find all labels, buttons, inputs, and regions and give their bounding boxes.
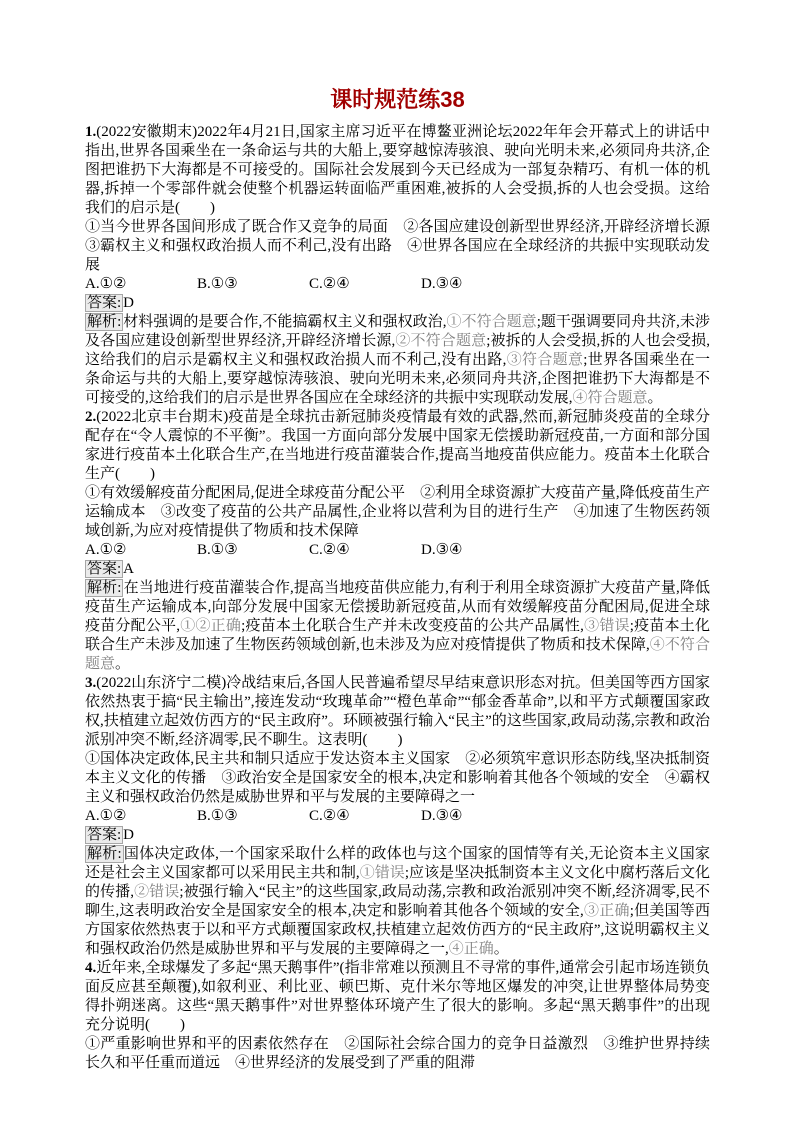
answer-options-row: A.①②B.①③C.②④D.③④ [85, 541, 710, 560]
question-stem: 2.(2022北京丰台期末)疫苗是全球抗击新冠肺炎疫情最有效的武器,然而,新冠肺… [85, 408, 710, 484]
choice-2: ②国际社会综合国力的竞争日益激烈 [344, 1036, 588, 1052]
answer-label: 答案: [85, 560, 123, 578]
question-block: 3.(2022山东济宁二模)冷战结束后,各国人民普遍希望尽早结束意识形态对抗。但… [85, 674, 710, 959]
analysis-text: 。 [494, 941, 509, 957]
choice-1: ①国体决定政体,民主共和制只适应于发达资本主义国家 [85, 751, 450, 767]
choice-4: ④世界经济的发展受到了严重的阻滞 [235, 1055, 475, 1071]
page-title: 课时规范练38 [85, 86, 710, 114]
choice-1: ①有效缓解疫苗分配困局,促进全球疫苗分配公平 [85, 485, 405, 501]
analysis-verdict: ③错误 [584, 618, 630, 634]
answer-value: D [123, 827, 134, 843]
analysis-paragraph: 解析:材料强调的是要合作,不能搞霸权主义和强权政治,①不符合题意;题干强调要同舟… [85, 313, 710, 408]
choice-1: ①当今世界各国间形成了既合作又竞争的局面 [85, 219, 388, 235]
question-block: 4.近年来,全球爆发了多起“黑天鹅事件”(指非常难以预测且不寻常的事件,通常会引… [85, 959, 710, 1073]
analysis-text: ;疫苗本土化联合生产并未改变疫苗的公共产品属性, [241, 618, 584, 634]
choice-3: ③改变了疫苗的公共产品属性,企业将以营利为目的进行生产 [161, 504, 559, 520]
analysis-verdict: ③正确 [584, 903, 630, 919]
option-a: A.①② [85, 541, 197, 560]
answer-value: D [123, 295, 134, 311]
question-choices: ①国体决定政体,民主共和制只适应于发达资本主义国家 ②必须筑牢意识形态防线,坚决… [85, 750, 710, 807]
question-block: 1.(2022安徽期末)2022年4月21日,国家主席习近平在博鳌亚洲论坛202… [85, 123, 710, 408]
choice-2: ②各国应建设创新型世界经济,开辟经济增长源 [403, 219, 710, 235]
question-stem: 1.(2022安徽期末)2022年4月21日,国家主席习近平在博鳌亚洲论坛202… [85, 123, 710, 218]
answer-value: A [123, 561, 134, 577]
answer-label: 答案: [85, 294, 123, 312]
questions-list: 1.(2022安徽期末)2022年4月21日,国家主席习近平在博鳌亚洲论坛202… [85, 123, 710, 1073]
analysis-text: 。 [648, 390, 663, 406]
question-number: 1. [85, 124, 96, 140]
analysis-verdict: ①不符合题意 [446, 314, 536, 330]
analysis-paragraph: 解析:在当地进行疫苗灌装合作,提高当地疫苗供应能力,有利于利用全球资源扩大疫苗产… [85, 579, 710, 674]
analysis-verdict: ②不符合题意 [395, 333, 486, 349]
question-stem: 4.近年来,全球爆发了多起“黑天鹅事件”(指非常难以预测且不寻常的事件,通常会引… [85, 959, 710, 1035]
answer-line: 答案:A [85, 560, 710, 579]
choice-3: ③霸权主义和强权政治损人而不利己,没有出路 [85, 238, 392, 254]
option-c: C.②④ [309, 275, 421, 294]
analysis-paragraph: 解析:国体决定政体,一个国家采取什么样的政体也与这个国家的国情等有关,无论资本主… [85, 845, 710, 959]
analysis-text: 。 [115, 656, 130, 672]
analysis-label: 解析: [85, 313, 123, 331]
question-number: 3. [85, 675, 96, 691]
analysis-label: 解析: [85, 579, 123, 597]
question-stem-text: (2022北京丰台期末)疫苗是全球抗击新冠肺炎疫情最有效的武器,然而,新冠肺炎疫… [85, 409, 710, 482]
choice-1: ①严重影响世界和平的因素依然存在 [85, 1036, 329, 1052]
question-stem-text: (2022安徽期末)2022年4月21日,国家主席习近平在博鳌亚洲论坛2022年… [85, 124, 710, 216]
option-c: C.②④ [309, 541, 421, 560]
question-choices: ①当今世界各国间形成了既合作又竞争的局面 ②各国应建设创新型世界经济,开辟经济增… [85, 218, 710, 275]
analysis-body: 在当地进行疫苗灌装合作,提高当地疫苗供应能力,有利于利用全球资源扩大疫苗产量,降… [85, 580, 710, 672]
option-c: C.②④ [309, 807, 421, 826]
question-stem-text: 近年来,全球爆发了多起“黑天鹅事件”(指非常难以预测且不寻常的事件,通常会引起市… [85, 960, 710, 1033]
analysis-verdict: ③符合题意 [506, 352, 583, 368]
analysis-label: 解析: [85, 845, 124, 863]
question-number: 2. [85, 409, 96, 425]
question-stem: 3.(2022山东济宁二模)冷战结束后,各国人民普遍希望尽早结束意识形态对抗。但… [85, 674, 710, 750]
answer-options-row: A.①②B.①③C.②④D.③④ [85, 807, 710, 826]
answer-options-row: A.①②B.①③C.②④D.③④ [85, 275, 710, 294]
question-block: 2.(2022北京丰台期末)疫苗是全球抗击新冠肺炎疫情最有效的武器,然而,新冠肺… [85, 408, 710, 674]
analysis-body: 国体决定政体,一个国家采取什么样的政体也与这个国家的国情等有关,无论资本主义国家… [85, 846, 710, 957]
analysis-text: 材料强调的是要合作,不能搞霸权主义和强权政治, [123, 314, 446, 330]
analysis-verdict: ①错误 [360, 865, 405, 881]
option-a: A.①② [85, 807, 197, 826]
option-b: B.①③ [197, 275, 309, 294]
answer-label: 答案: [85, 826, 123, 844]
question-stem-text: (2022山东济宁二模)冷战结束后,各国人民普遍希望尽早结束意识形态对抗。但美国… [85, 675, 710, 748]
option-a: A.①② [85, 275, 197, 294]
choice-3: ③政治安全是国家安全的根本,决定和影响着其他各个领域的安全 [221, 770, 649, 786]
answer-line: 答案:D [85, 294, 710, 313]
analysis-body: 材料强调的是要合作,不能搞霸权主义和强权政治,①不符合题意;题干强调要同舟共济,… [85, 314, 710, 406]
analysis-verdict: ①②正确 [180, 618, 241, 634]
worksheet-page: 课时规范练38 1.(2022安徽期末)2022年4月21日,国家主席习近平在博… [0, 0, 794, 1123]
option-d: D.③④ [421, 275, 462, 294]
option-b: B.①③ [197, 807, 309, 826]
question-number: 4. [85, 960, 96, 976]
option-d: D.③④ [421, 541, 462, 560]
answer-line: 答案:D [85, 826, 710, 845]
question-choices: ①有效缓解疫苗分配困局,促进全球疫苗分配公平 ②利用全球资源扩大疫苗产量,降低疫… [85, 484, 710, 541]
question-choices: ①严重影响世界和平的因素依然存在 ②国际社会综合国力的竞争日益激烈 ③维护世界持… [85, 1035, 710, 1073]
option-d: D.③④ [421, 807, 462, 826]
analysis-verdict: ④符合题意 [573, 390, 648, 406]
analysis-verdict: ②错误 [134, 884, 179, 900]
analysis-verdict: ④正确 [449, 941, 494, 957]
option-b: B.①③ [197, 541, 309, 560]
